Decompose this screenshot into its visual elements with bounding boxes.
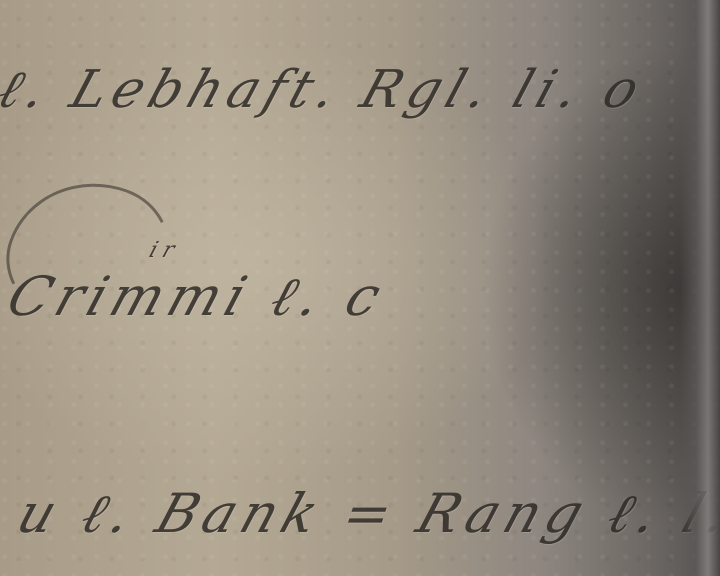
shadowed-page-edge	[680, 0, 720, 576]
handwritten-line-1: ℓ. Lebhaft. Rgl. li. o	[0, 60, 653, 120]
handwritten-line-2: Crimmi ℓ. c	[0, 265, 395, 328]
superscript-mark: ir	[146, 238, 184, 263]
aged-paper: ℓ. Lebhaft. Rgl. li. o ir Crimmi ℓ. c u …	[0, 0, 720, 576]
handwritten-line-3: u ℓ. Bank = Rang ℓ. l.	[10, 482, 720, 545]
